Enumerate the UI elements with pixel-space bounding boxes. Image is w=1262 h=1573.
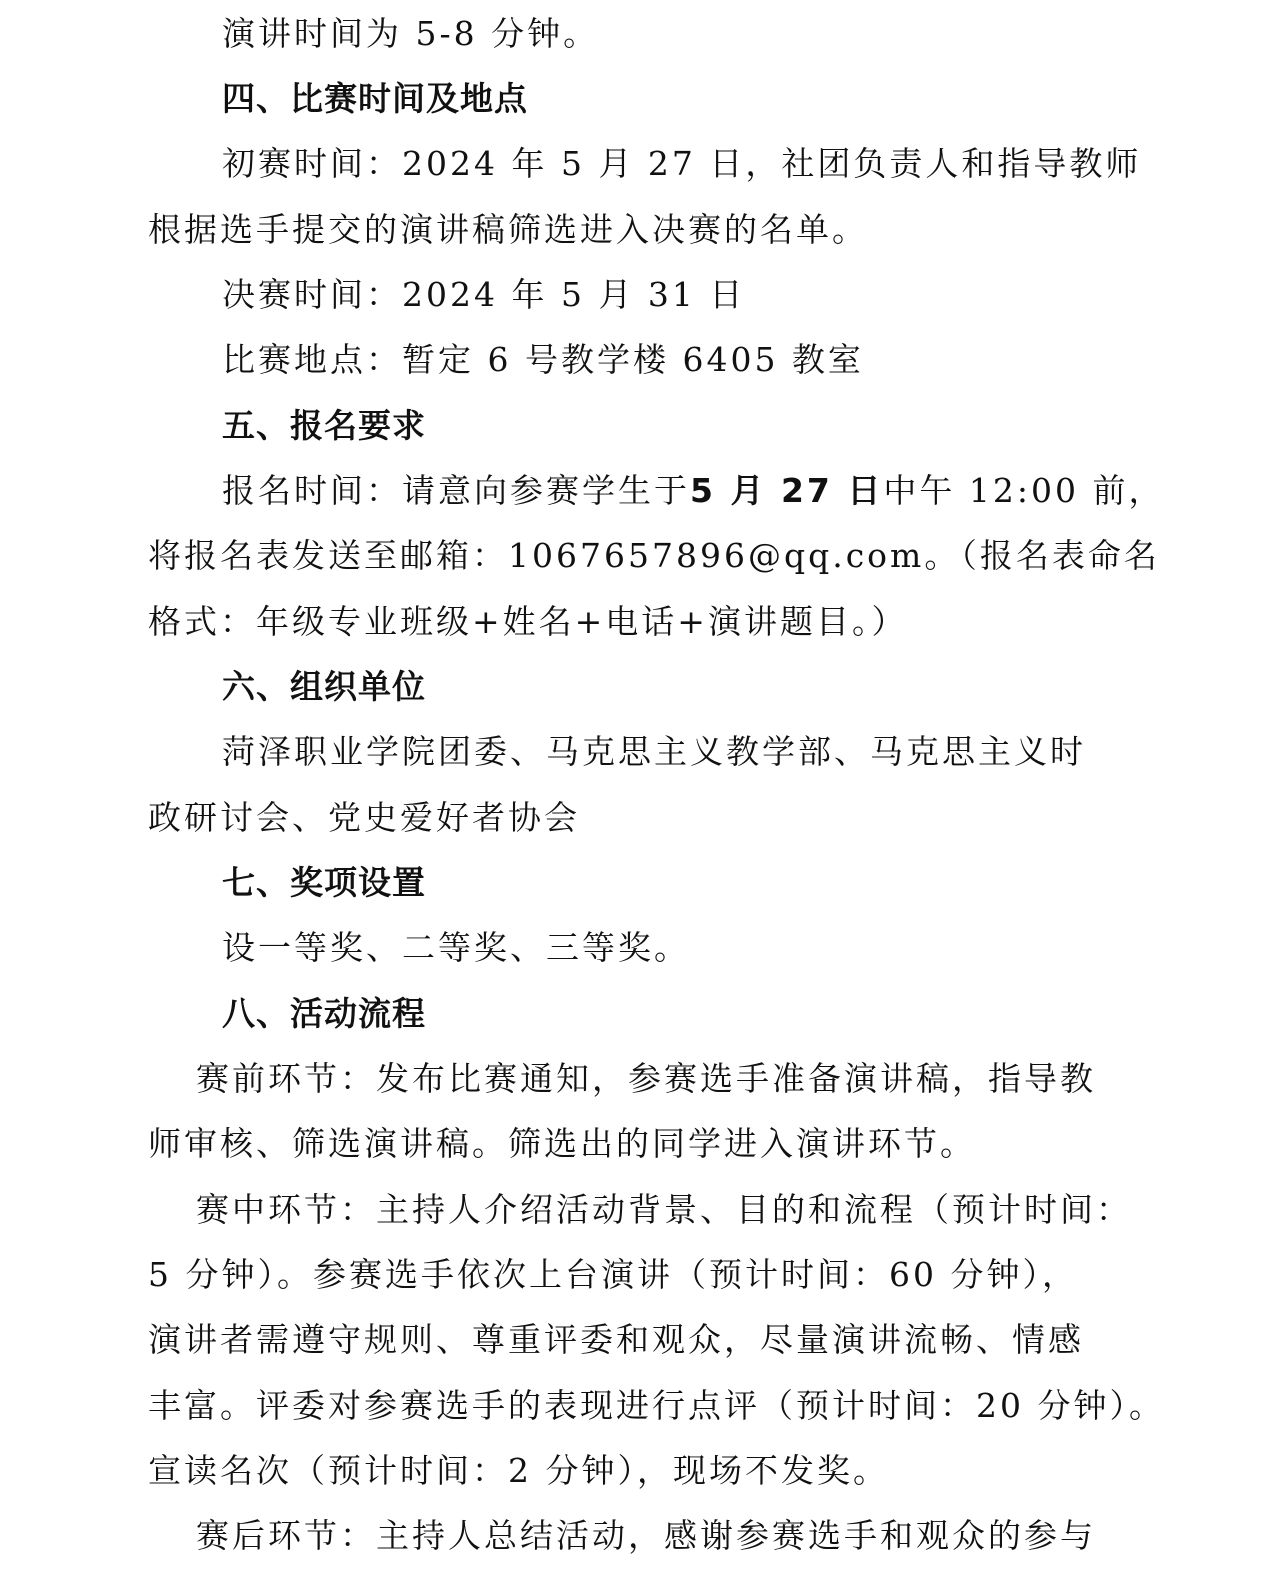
- section-heading-4: 四、比赛时间及地点: [222, 77, 1192, 121]
- paragraph-preliminary-time: 初赛时间：2024 年 5 月 27 日，社团负责人和指导教师: [222, 142, 1192, 186]
- paragraph-final-time: 决赛时间：2024 年 5 月 31 日: [222, 273, 1192, 317]
- registration-text-post: 中午 12:00 前，: [883, 471, 1164, 510]
- paragraph-post-event: 赛后环节：主持人总结活动，感谢参赛选手和观众的参与: [196, 1514, 1166, 1558]
- paragraph-speech-duration: 演讲时间为 5-8 分钟。: [222, 12, 1192, 56]
- paragraph-awards: 设一等奖、二等奖、三等奖。: [222, 926, 1192, 970]
- paragraph-pre-event-cont: 师审核、筛选演讲稿。筛选出的同学进入演讲环节。: [148, 1122, 1118, 1166]
- paragraph-registration-email: 将报名表发送至邮箱：1067657896@qq.com。（报名表命名: [148, 534, 1118, 578]
- section-heading-7: 七、奖项设置: [222, 861, 1192, 905]
- section-heading-5: 五、报名要求: [222, 404, 1192, 448]
- paragraph-organizers-cont: 政研讨会、党史爱好者协会: [148, 796, 1118, 840]
- paragraph-organizers: 菏泽职业学院团委、马克思主义教学部、马克思主义时: [222, 730, 1192, 774]
- paragraph-venue: 比赛地点：暂定 6 号教学楼 6405 教室: [222, 338, 1192, 382]
- paragraph-preliminary-time-cont: 根据选手提交的演讲稿筛选进入决赛的名单。: [148, 208, 1118, 252]
- document-page: 演讲时间为 5-8 分钟。 四、比赛时间及地点 初赛时间：2024 年 5 月 …: [0, 0, 1262, 1573]
- paragraph-mid-event-cont-3: 丰富。评委对参赛选手的表现进行点评（预计时间：20 分钟）。: [148, 1384, 1118, 1428]
- paragraph-mid-event-cont-1: 5 分钟）。参赛选手依次上台演讲（预计时间：60 分钟），: [148, 1253, 1118, 1297]
- registration-deadline-date: 5 月 27 日: [690, 471, 883, 510]
- paragraph-registration-time: 报名时间：请意向参赛学生于5 月 27 日中午 12:00 前，: [222, 469, 1192, 513]
- paragraph-pre-event: 赛前环节：发布比赛通知，参赛选手准备演讲稿，指导教: [196, 1057, 1166, 1101]
- section-heading-8: 八、活动流程: [222, 992, 1192, 1036]
- paragraph-mid-event-cont-2: 演讲者需遵守规则、尊重评委和观众，尽量演讲流畅、情感: [148, 1318, 1118, 1362]
- section-heading-6: 六、组织单位: [222, 665, 1192, 709]
- registration-text-pre: 报名时间：请意向参赛学生于: [222, 471, 690, 510]
- paragraph-registration-format: 格式：年级专业班级+姓名+电话+演讲题目。）: [148, 600, 1118, 644]
- paragraph-mid-event-cont-4: 宣读名次（预计时间：2 分钟），现场不发奖。: [148, 1449, 1118, 1493]
- paragraph-mid-event: 赛中环节：主持人介绍活动背景、目的和流程（预计时间：: [196, 1188, 1166, 1232]
